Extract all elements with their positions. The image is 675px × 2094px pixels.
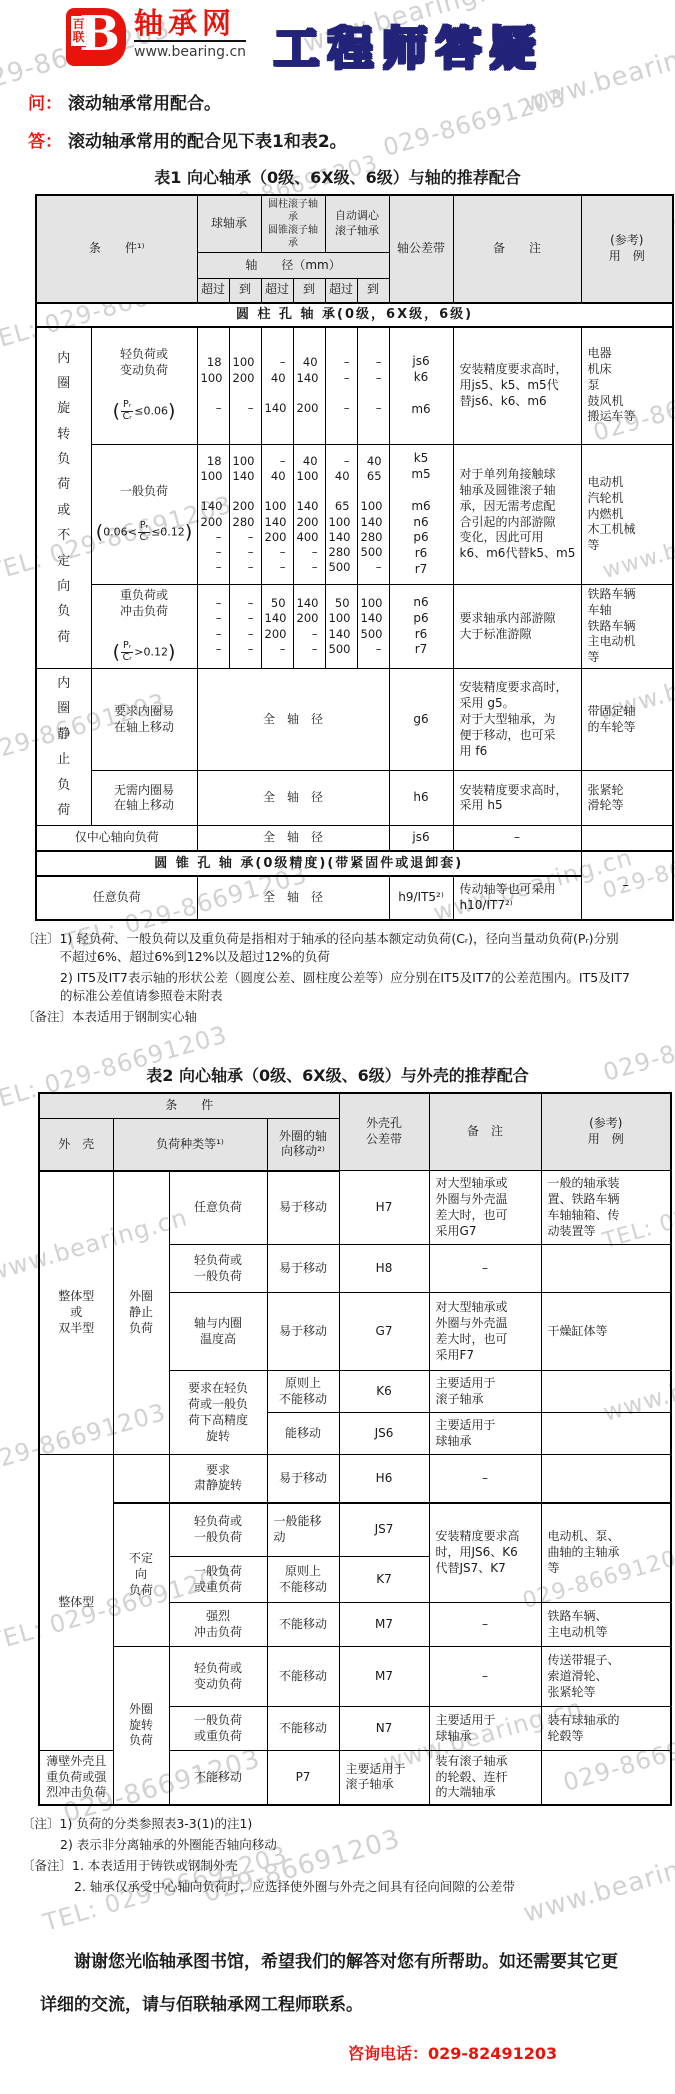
- logo-b-glyph: B: [79, 6, 120, 62]
- tolerance-cell: G7: [339, 1293, 429, 1371]
- load-group-outer-static-tail: [113, 1455, 169, 1503]
- section-cylindrical-bore: 圆 柱 孔 轴 承(0级，6X级，6级): [36, 303, 673, 327]
- note-text: 2) IT5及IT7表示轴的形状公差（圆度公差、圆柱度公差等）应分别在IT5及I…: [60, 968, 630, 1004]
- remark-cell: 安装精度要求高时， 采用 g5。 对于大型轴承，为 便于移动，也可采 用 f6: [453, 669, 581, 771]
- header-example: (参考) 用 例: [541, 1093, 671, 1171]
- example-cell: 装有球轴承的 轮毂等: [541, 1707, 671, 1751]
- header-axial-move: 外圈的轴 向移动²⁾: [267, 1119, 339, 1171]
- brand-url: www.bearing.cn: [134, 44, 246, 60]
- load-group-indeterminate: 不定 向 负荷: [113, 1503, 169, 1647]
- remark-cell: 安装精度要求高时， 用js5、k5、m5代 替js6、k6、m6: [453, 327, 581, 445]
- move-cell: 一般能移 动: [267, 1503, 339, 1557]
- tolerance-cell: P7: [267, 1751, 339, 1805]
- note-line: 2) IT5及IT7表示轴的形状公差（圆度公差、圆柱度公差等）应分别在IT5及I…: [22, 968, 652, 1004]
- header-remark: 备 注: [453, 195, 581, 303]
- header-condition: 条 件: [39, 1093, 339, 1119]
- roller-over-cell: – 40 100 140 200 – –: [261, 445, 293, 585]
- header-to: 到: [229, 279, 261, 303]
- remark-cell: 传动轴等也可采用 h10/IT7²⁾: [453, 876, 581, 920]
- note-line: 2) 表示非分离轴承的外圈能否轴向移动: [22, 1835, 652, 1853]
- brand-logo: 百联 B 轴承网 www.bearing.cn: [66, 8, 246, 66]
- load-ratio-formula: (PᵣCᵣ>0.12): [95, 640, 194, 665]
- header-over: 超过: [197, 279, 229, 303]
- example-cell: 带固定轴 的车轮等: [581, 669, 673, 771]
- move-cell: 易于移动: [267, 1245, 339, 1293]
- cond-cell: 一般负荷 或重负荷: [169, 1707, 267, 1751]
- all-diameter-cell: 全 轴 径: [197, 669, 389, 771]
- note-text: 本表适用于钢制实心轴: [72, 1007, 197, 1025]
- cond-cell: 要求在轻负 荷或一般负 荷下高精度 旋转: [169, 1371, 267, 1455]
- all-diameter-cell: 全 轴 径: [197, 771, 389, 826]
- note-line: 2. 轴承仅承受中心轴向负荷时，应选择使外圈与外壳之间具有径向间隙的公差带: [22, 1877, 652, 1895]
- note-label: 〔备注〕: [22, 1856, 72, 1874]
- sa-to-cell: 100 140 500 –: [357, 585, 389, 669]
- header-over: 超过: [325, 279, 357, 303]
- example-cell: [541, 1371, 671, 1413]
- cond-cell: 轴与内圈 温度高: [169, 1293, 267, 1371]
- remark-cell: 主要适用于 滚子轴承: [429, 1371, 541, 1413]
- ball-over-cell: – – – –: [197, 585, 229, 669]
- example-cell: 干燥缸体等: [541, 1293, 671, 1371]
- header-remark: 备 注: [429, 1093, 541, 1171]
- example-cell: –: [581, 851, 673, 920]
- move-cell: 原则上 不能移动: [267, 1371, 339, 1413]
- example-cell: [541, 1245, 671, 1293]
- tolerance-cell: M7: [339, 1647, 429, 1707]
- tolerance-cell: K6: [339, 1371, 429, 1413]
- example-cell: 铁路车辆、 主电动机等: [541, 1603, 671, 1647]
- ball-over-cell: 18 100 –: [197, 327, 229, 445]
- cond-cell: 轻负荷或 一般负荷: [169, 1245, 267, 1293]
- roller-to-cell: 140 200 – –: [293, 585, 325, 669]
- tolerance-cell: g6: [389, 669, 453, 771]
- move-cell: 易于移动: [267, 1293, 339, 1371]
- cond-cell: 要求内圈易 在轴上移动: [91, 669, 197, 771]
- example-cell: 铁路车辆 车轴 铁路车辆 主电动机 等: [581, 585, 673, 669]
- tolerance-cell: H8: [339, 1245, 429, 1293]
- tolerance-cell: h9/IT5²⁾: [389, 876, 453, 920]
- example-cell: [581, 826, 673, 851]
- header-to: 到: [293, 279, 325, 303]
- example-cell: 电动机 汽轮机 内燃机 木工机械 等: [581, 445, 673, 585]
- tolerance-cell: H6: [339, 1455, 429, 1503]
- answer-label: 答：: [28, 132, 62, 152]
- tolerance-cell: js6: [389, 826, 453, 851]
- remark-cell: 对大型轴承或 外圈与外壳温 差大时，也可 采用G7: [429, 1171, 541, 1245]
- page-title: 工程师答疑: [274, 12, 544, 77]
- question-answer-block: 问：滚动轴承常用配合。 答：滚动轴承常用的配合见下表1和表2。: [28, 89, 675, 152]
- load-ratio-formula: (PᵣCᵣ≤0.06): [95, 399, 194, 424]
- note-line: 〔备注〕1. 本表适用于铸铁或钢制外壳: [22, 1856, 652, 1874]
- example-cell: 电动机、泵、 曲轴的主轴承 等: [541, 1503, 671, 1603]
- sa-to-cell: 40 65 100 140 280 500 –: [357, 445, 389, 585]
- page-header: 百联 B 轴承网 www.bearing.cn 工程师答疑: [0, 0, 675, 77]
- move-cell: 易于移动: [267, 1171, 339, 1245]
- cond-cell: 要求 肃静旋转: [169, 1455, 267, 1503]
- group-label-static-load: 内圈静止负荷: [36, 669, 91, 826]
- example-cell: 传送带辊子、 索道滑轮、 张紧轮等: [541, 1647, 671, 1707]
- shell-group-split: 整体型 或 双半型: [39, 1171, 113, 1455]
- tolerance-cell: JS6: [339, 1413, 429, 1455]
- note-label: 〔注〕: [22, 929, 60, 965]
- header-shaft-tolerance: 轴公差带: [389, 195, 453, 303]
- remark-cell: –: [429, 1603, 541, 1647]
- remark-cell: –: [429, 1245, 541, 1293]
- header-shell: 外 壳: [39, 1119, 113, 1171]
- question-label: 问：: [28, 94, 62, 114]
- tolerance-cell: n6 p6 r6 r7: [389, 585, 453, 669]
- question-text: 滚动轴承常用配合。: [68, 94, 221, 114]
- cond-cell: 强烈 冲击负荷: [169, 1603, 267, 1647]
- cond-cell: 无需内圈易 在轴上移动: [91, 771, 197, 826]
- table2-housing-fits: 条 件 外壳孔 公差带 备 注 (参考) 用 例 外 壳 负荷种类等¹⁾ 外圈的…: [38, 1092, 672, 1806]
- answer-text: 滚动轴承常用的配合见下表1和表2。: [68, 132, 347, 152]
- sa-to-cell: – – –: [357, 327, 389, 445]
- table1-shaft-fits: 条 件¹⁾ 球轴承 圆柱滚子轴承 圆锥滚子轴承 自动调心 滚子轴承 轴公差带 备…: [35, 194, 674, 921]
- remark-cell: 主要适用于 球轴承: [429, 1413, 541, 1455]
- remark-cell: 安装精度要求高时， 采用 h5: [453, 771, 581, 826]
- example-cell: 一般的轴承装 置、铁路车辆 车轴轴箱、传 动装置等: [541, 1171, 671, 1245]
- roller-over-cell: – 40 140: [261, 327, 293, 445]
- tolerance-cell: M7: [339, 1603, 429, 1647]
- cond-cell: 重负荷或 冲击负荷 (PᵣCᵣ>0.12): [91, 585, 197, 669]
- footer-thanks-text: 谢谢您光临轴承图书馆，希望我们的解答对您有所帮助。如还需要其它更 详细的交流，请…: [40, 1941, 645, 2028]
- tolerance-cell: js6 k6 m6: [389, 327, 453, 445]
- note-label: 〔备注〕: [22, 1007, 72, 1025]
- header-to: 到: [357, 279, 389, 303]
- example-cell: 张紧轮 滑轮等: [581, 771, 673, 826]
- ball-to-cell: 100 140 200 280 – – –: [229, 445, 261, 585]
- table2-notes: 〔注〕1) 负荷的分类参照表3-3(1)的注1) 2) 表示非分离轴承的外圈能否…: [22, 1814, 652, 1895]
- tolerance-cell: H7: [339, 1171, 429, 1245]
- move-cell: 能移动: [267, 1413, 339, 1455]
- all-diameter-cell: 全 轴 径: [197, 826, 389, 851]
- remark-cell: 安装精度要求高 时，用JS6、K6 代替JS7、K7: [429, 1503, 541, 1603]
- example-cell: 装有滚子轴承 的轮毂、连杆 的大端轴承: [429, 1751, 541, 1805]
- sa-over-cell: 50 100 140 500: [325, 585, 357, 669]
- footer-phone: 咨询电话：029-82491203: [348, 2041, 675, 2064]
- sa-over-cell: – – –: [325, 327, 357, 445]
- remark-cell: –: [429, 1455, 541, 1503]
- note-text: 2) 表示非分离轴承的外圈能否轴向移动: [60, 1835, 277, 1853]
- ball-to-cell: – – – –: [229, 585, 261, 669]
- move-cell: 不能移动: [169, 1751, 267, 1805]
- move-cell: 不能移动: [267, 1603, 339, 1647]
- note-line: 〔注〕1) 负荷的分类参照表3-3(1)的注1): [22, 1814, 652, 1832]
- roller-over-cell: 50 140 200 –: [261, 585, 293, 669]
- cond-cell: 一般负荷 或重负荷: [169, 1557, 267, 1603]
- table1-notes: 〔注〕1) 轻负荷、一般负荷以及重负荷是指相对于轴承的径向基本额定动负荷(Cᵣ)…: [22, 929, 652, 1025]
- all-diameter-cell: 全 轴 径: [197, 876, 389, 920]
- answer-line: 答：滚动轴承常用的配合见下表1和表2。: [28, 127, 675, 152]
- brand-text-block: 轴承网 www.bearing.cn: [134, 8, 246, 60]
- header-condition: 条 件¹⁾: [36, 195, 197, 303]
- tolerance-cell: N7: [339, 1707, 429, 1751]
- table1-title: 表1 向心轴承（0级、6X级、6级）与轴的推荐配合: [0, 165, 675, 188]
- roller-to-cell: 40 140 200: [293, 327, 325, 445]
- note-line: 〔备注〕本表适用于钢制实心轴: [22, 1007, 652, 1025]
- ball-over-cell: 18 100 140 200 – – –: [197, 445, 229, 585]
- ball-to-cell: 100 200 –: [229, 327, 261, 445]
- example-cell: [541, 1413, 671, 1455]
- note-text: 1. 本表适用于铸铁或钢制外壳: [72, 1856, 238, 1874]
- example-cell: 电器 机床 泵 鼓风机 搬运车等: [581, 327, 673, 445]
- note-label: 〔注〕: [22, 1814, 60, 1832]
- header-over: 超过: [261, 279, 293, 303]
- remark-cell: 要求轴承内部游隙 大于标准游隙: [453, 585, 581, 669]
- header-roller-bearing: 圆柱滚子轴承 圆锥滚子轴承: [261, 195, 325, 253]
- page: 百联 B 轴承网 www.bearing.cn 工程师答疑 问：滚动轴承常用配合…: [0, 0, 675, 2064]
- note-line: 〔注〕1) 轻负荷、一般负荷以及重负荷是指相对于轴承的径向基本额定动负荷(Cᵣ)…: [22, 929, 652, 965]
- cond-cell: 任意负荷: [36, 876, 197, 920]
- remark-cell: 主要适用于 滚子轴承: [339, 1751, 429, 1805]
- remark-cell: 对于单列角接触球 轴承及圆锥滚子轴 承，因无需考虑配 合引起的内部游隙 变化，因…: [453, 445, 581, 585]
- remark-cell: 对大型轴承或 外圈与外壳温 差大时，也可 采用F7: [429, 1293, 541, 1371]
- header-housing-tolerance: 外壳孔 公差带: [339, 1093, 429, 1171]
- tolerance-cell: k5 m5 m6 n6 p6 r6 r7: [389, 445, 453, 585]
- move-cell: 易于移动: [267, 1455, 339, 1503]
- cond-cell: 轻负荷或 变动负荷: [169, 1647, 267, 1707]
- move-cell: 不能移动: [267, 1707, 339, 1751]
- example-cell: [541, 1455, 671, 1503]
- cond-cell: 一般负荷 (0.06<PᵣCᵣ≤0.12): [91, 445, 197, 585]
- load-ratio-formula: (0.06<PᵣCᵣ≤0.12): [95, 520, 194, 545]
- header-example: (参考) 用 例: [581, 195, 673, 303]
- shell-group-integral: 整体型: [39, 1455, 113, 1751]
- table2-title: 表2 向心轴承（0级、6X级、6级）与外壳的推荐配合: [0, 1063, 675, 1086]
- cond-cell: 任意负荷: [169, 1171, 267, 1245]
- cond-cell: 薄壁外壳且 重负荷或强 烈冲击负荷: [39, 1751, 113, 1805]
- brand-underline: [134, 40, 246, 42]
- group-label-rotating-load: 内圈旋转负荷或不定向负荷: [36, 327, 91, 669]
- header-ball-bearing: 球轴承: [197, 195, 261, 253]
- cond-cell: 轻负荷或 一般负荷: [169, 1503, 267, 1557]
- move-cell: 不能移动: [267, 1647, 339, 1707]
- brand-logo-icon: 百联 B: [66, 8, 126, 66]
- load-group-outer-static: 外圈 静止 负荷: [113, 1171, 169, 1455]
- cond-cell: 轻负荷或 变动负荷 (PᵣCᵣ≤0.06): [91, 327, 197, 445]
- question-line: 问：滚动轴承常用配合。: [28, 89, 675, 114]
- cond-cell: 仅中心轴向负荷: [36, 826, 197, 851]
- header-load-type: 负荷种类等¹⁾: [113, 1119, 267, 1171]
- roller-to-cell: 40 100 140 200 400 – –: [293, 445, 325, 585]
- header-self-aligning-bearing: 自动调心 滚子轴承: [325, 195, 389, 253]
- header-shaft-diameter: 轴 径（mm）: [197, 253, 389, 279]
- tolerance-cell: K7: [339, 1557, 429, 1603]
- note-text: 2. 轴承仅承受中心轴向负荷时，应选择使外圈与外壳之间具有径向间隙的公差带: [74, 1877, 515, 1895]
- sa-over-cell: – 40 65 100 140 280 500: [325, 445, 357, 585]
- remark-cell: –: [453, 826, 581, 851]
- remark-cell: –: [429, 1647, 541, 1707]
- section-taper-bore: 圆 锥 孔 轴 承(0级精度)(带紧固件或退卸套): [36, 851, 581, 876]
- note-text: 1) 轻负荷、一般负荷以及重负荷是指相对于轴承的径向基本额定动负荷(Cᵣ)，径向…: [60, 929, 619, 965]
- brand-name: 轴承网: [134, 8, 246, 40]
- load-group-outer-rotating: 外圈 旋转 负荷: [113, 1647, 169, 1805]
- move-cell: 原则上 不能移动: [267, 1557, 339, 1603]
- remark-cell: 主要适用于 球轴承: [429, 1707, 541, 1751]
- note-text: 1) 负荷的分类参照表3-3(1)的注1): [60, 1814, 253, 1832]
- tolerance-cell: JS7: [339, 1503, 429, 1557]
- tolerance-cell: h6: [389, 771, 453, 826]
